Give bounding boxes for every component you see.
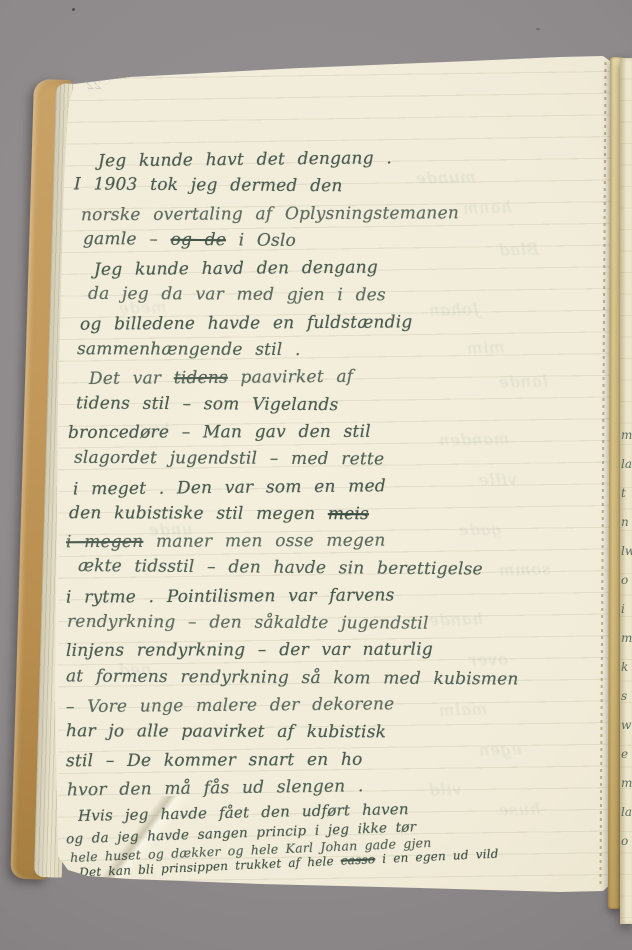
handwriting-line: Jeg kunde havd den dengang [94, 253, 548, 284]
next-page-ink-mark: k [621, 660, 628, 674]
handwriting-text: da jeg da var med gjen i des [88, 284, 386, 306]
handwriting-text: I 1903 tok jeg dermed den [74, 175, 343, 197]
handwriting-line: stil – De kommer snart en ho [66, 745, 548, 775]
handwriting-text: maner men osse megen [143, 531, 385, 552]
handwriting-line: broncedøre – Man gav den stil [68, 418, 548, 447]
next-page-ink-mark: o [621, 573, 628, 587]
handwriting-block: Jeg kunde havt det dengang .I 1903 tok j… [66, 146, 548, 869]
handwriting-line: linjens rendyrkning – der var naturlig [66, 637, 548, 666]
handwriting-text: den kubistiske stil megen [69, 503, 328, 524]
handwriting-text: rendyrkning – den såkaldte jugendstil [67, 612, 429, 634]
struck-word: tidens [174, 368, 228, 388]
handwriting-line: i megen maner men osse megen [66, 527, 548, 557]
handwriting-line: da jeg da var med gjen i des [88, 281, 548, 311]
next-page-ink-mark: m [621, 776, 632, 790]
handwriting-line: Jeg kunde havt det dengang . [98, 144, 548, 176]
next-page-ink-mark: la [621, 805, 632, 819]
handwriting-text: tidens stil – som Vigelands [76, 393, 339, 415]
handwriting-text: at formens rendyrkning så kom med kubism… [66, 666, 519, 689]
handwriting-line: i rytme . Pointilismen var farvens [66, 581, 548, 612]
handwriting-text: gamle – [83, 229, 171, 250]
next-page-ink-mark: m [621, 428, 632, 442]
next-page-ink-mark: n [621, 515, 629, 529]
dust-speck [72, 8, 75, 11]
handwriting-text: – Vore unge malere der dekorene [66, 694, 395, 717]
handwriting-text: norske overtaling af Oplysningstemanen [81, 203, 459, 225]
handwriting-text: hvor den må fås ud slengen . [67, 776, 364, 800]
notebook-photograph: 22 mundehanmBladmedeJohanmimlandehuseman… [0, 0, 632, 950]
handwriting-line: at formens rendyrkning så kom med kubism… [66, 663, 548, 694]
notebook-page: 22 mundehanmBladmedeJohanmimlandehuseman… [0, 0, 632, 950]
struck-word: i megen [66, 532, 143, 552]
handwriting-line: tidens stil – som Vigelands [76, 390, 548, 421]
handwriting-line: I 1903 tok jeg dermed den [74, 172, 549, 203]
next-page-ink-mark: e [621, 747, 628, 761]
handwriting-text: Jeg kunde havt det dengang . [98, 148, 392, 171]
handwriting-line: den kubistiske stil megen meis [69, 500, 548, 529]
handwriting-text: Det var [89, 369, 174, 390]
handwriting-line: har jo alle paavirket af kubistisk [66, 718, 548, 747]
next-page-ink-mark: la [621, 457, 632, 471]
struck-word: og de [170, 230, 226, 250]
struck-word: meis [328, 504, 369, 524]
handwriting-line: rendyrkning – den såkaldte jugendstil [67, 609, 548, 639]
handwriting-text: paavirket af [228, 367, 354, 388]
handwriting-line: og billedene havde en fuldstændig [80, 308, 549, 339]
next-page-ink-mark: i [621, 602, 625, 616]
next-page-sliver: mlatnlwoimkswemlao [620, 58, 632, 924]
handwriting-line: norske overtaling af Oplysningstemanen [81, 199, 548, 229]
next-page-ink-mark: m [621, 631, 632, 645]
handwriting-text: har jo alle paavirket af kubistisk [66, 721, 386, 742]
struck-word: casso [341, 852, 376, 868]
handwriting-line: slagordet jugendstil – med rette [74, 445, 549, 475]
handwriting-text: i rytme . Pointilismen var farvens [66, 585, 395, 607]
handwriting-line: sammenhængende stil . [77, 336, 548, 365]
handwriting-text: sammenhængende stil . [77, 339, 301, 360]
handwriting-line: ækte tidsstil – den havde sin berettigel… [78, 553, 548, 584]
handwriting-text: linjens rendyrkning – der var naturlig [66, 640, 433, 661]
handwriting-text: i Oslo [226, 230, 296, 251]
next-page-ink-mark: w [621, 718, 631, 732]
handwriting-text: og billedene havde en fuldstændig [80, 312, 413, 334]
handwriting-text: i meget . Den var som en med [73, 476, 386, 499]
handwriting-text: Jeg kunde havd den dengang [94, 258, 378, 280]
handwriting-text: stil – De kommer snart en ho [66, 749, 363, 771]
handwriting-line: – Vore unge malere der dekorene [66, 690, 548, 722]
handwriting-text: broncedøre – Man gav den stil [68, 422, 371, 443]
next-page-ink-mark: lw [621, 544, 632, 558]
next-page-ink-mark: o [621, 834, 628, 848]
handwriting-text: slagordet jugendstil – med rette [74, 448, 384, 470]
next-page-ink-mark: s [621, 689, 627, 703]
handwriting-line: gamle – og de i Oslo [83, 226, 548, 257]
handwriting-line: i meget . Den var som en med [73, 471, 548, 503]
next-page-ink-mark: t [621, 486, 626, 500]
handwriting-text: ækte tidsstil – den havde sin berettigel… [78, 556, 483, 580]
handwriting-line: Det var tidens paavirket af [89, 362, 548, 393]
